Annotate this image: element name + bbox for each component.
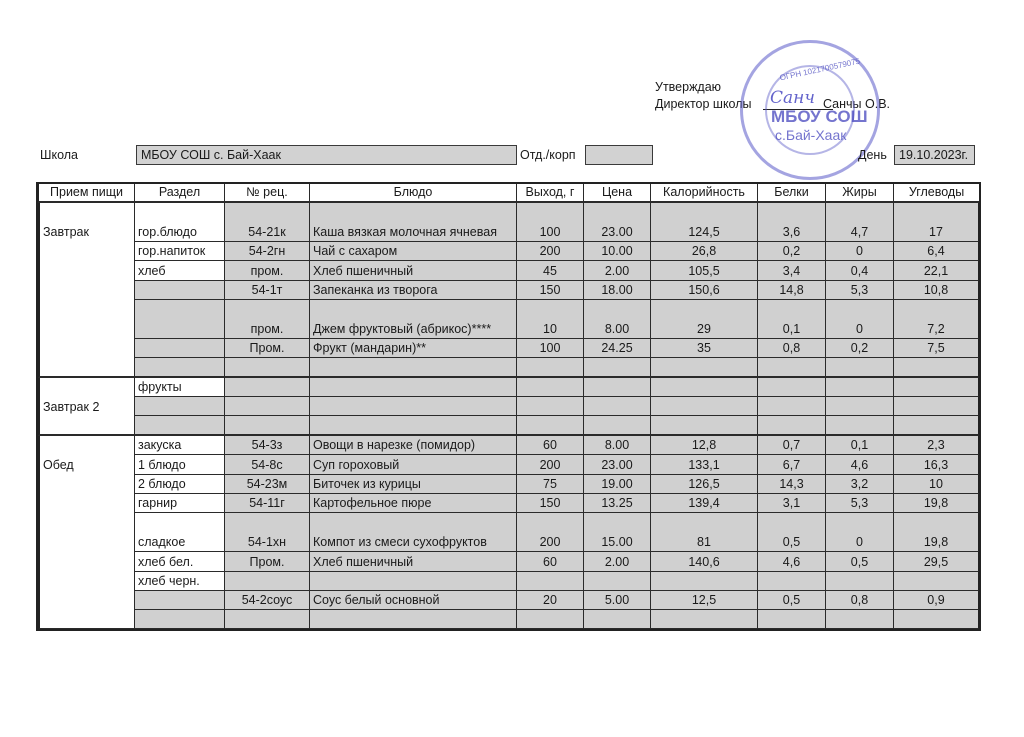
section-cell: [135, 339, 225, 358]
kcal-cell: [651, 397, 758, 416]
dish-cell: Биточек из курицы: [310, 475, 517, 494]
column-header: Раздел: [135, 183, 225, 203]
dish-cell: [310, 397, 517, 416]
protein-cell: [758, 610, 826, 629]
price-cell: 10.00: [584, 242, 651, 261]
yield-cell: 10: [517, 300, 584, 339]
section-cell: [135, 416, 225, 435]
carbs-cell: [894, 416, 980, 435]
fat-cell: 4,6: [826, 455, 894, 474]
section-cell: 2 блюдо: [135, 475, 225, 494]
dish-cell: Хлеб пшеничный: [310, 552, 517, 571]
yield-cell: 75: [517, 475, 584, 494]
carbs-cell: 7,5: [894, 339, 980, 358]
kcal-cell: 140,6: [651, 552, 758, 571]
recipe-cell: Пром.: [225, 552, 310, 571]
carbs-cell: 22,1: [894, 261, 980, 280]
yield-cell: [517, 572, 584, 591]
yield-cell: 100: [517, 203, 584, 242]
kcal-cell: 133,1: [651, 455, 758, 474]
dept-label: Отд./корп: [520, 148, 576, 162]
recipe-cell: [225, 378, 310, 397]
column-header: Цена: [584, 183, 651, 203]
recipe-cell: пром.: [225, 261, 310, 280]
protein-cell: 0,1: [758, 300, 826, 339]
price-cell: [584, 416, 651, 435]
price-cell: 8.00: [584, 300, 651, 339]
recipe-cell: Пром.: [225, 339, 310, 358]
approve-label: Утверждаю: [655, 80, 721, 94]
protein-cell: 0,5: [758, 591, 826, 610]
recipe-cell: [225, 358, 310, 377]
carbs-cell: 10,8: [894, 281, 980, 300]
column-header: № рец.: [225, 183, 310, 203]
protein-cell: [758, 358, 826, 377]
carbs-cell: 19,8: [894, 494, 980, 513]
recipe-cell: 54-1хн: [225, 513, 310, 552]
column-header: Прием пищи: [37, 183, 135, 203]
kcal-cell: 124,5: [651, 203, 758, 242]
price-cell: 19.00: [584, 475, 651, 494]
fat-cell: 5,3: [826, 281, 894, 300]
fat-cell: 0,1: [826, 436, 894, 455]
dish-cell: Компот из смеси сухофруктов: [310, 513, 517, 552]
yield-cell: 200: [517, 242, 584, 261]
recipe-cell: [225, 416, 310, 435]
carbs-cell: [894, 610, 980, 629]
meal-name: Завтрак 2: [37, 378, 135, 436]
price-cell: 2.00: [584, 261, 651, 280]
protein-cell: 0,2: [758, 242, 826, 261]
price-cell: [584, 378, 651, 397]
dish-cell: Каша вязкая молочная ячневая: [310, 203, 517, 242]
carbs-cell: 7,2: [894, 300, 980, 339]
protein-cell: 4,6: [758, 552, 826, 571]
dish-cell: Чай с сахаром: [310, 242, 517, 261]
director-name: Санчы О.В.: [823, 97, 890, 111]
protein-cell: [758, 416, 826, 435]
dish-cell: [310, 572, 517, 591]
price-cell: 15.00: [584, 513, 651, 552]
kcal-cell: 12,5: [651, 591, 758, 610]
dish-cell: [310, 358, 517, 377]
stamp-ring-text: ОГРН 1021700579075: [779, 57, 861, 83]
protein-cell: 3,6: [758, 203, 826, 242]
price-cell: [584, 610, 651, 629]
carbs-cell: [894, 397, 980, 416]
fat-cell: 4,7: [826, 203, 894, 242]
dish-cell: Суп гороховый: [310, 455, 517, 474]
recipe-cell: 54-2соус: [225, 591, 310, 610]
fat-cell: 0,8: [826, 591, 894, 610]
recipe-cell: 54-23м: [225, 475, 310, 494]
school-field[interactable]: МБОУ СОШ с. Бай-Хаак: [136, 145, 517, 165]
day-field[interactable]: 19.10.2023г.: [894, 145, 975, 165]
carbs-cell: 0,9: [894, 591, 980, 610]
fat-cell: 0,5: [826, 552, 894, 571]
dish-cell: Джем фруктовый (абрикос)****: [310, 300, 517, 339]
kcal-cell: [651, 610, 758, 629]
carbs-cell: [894, 358, 980, 377]
dish-cell: Запеканка из творога: [310, 281, 517, 300]
section-cell: [135, 610, 225, 629]
dish-cell: Фрукт (мандарин)**: [310, 339, 517, 358]
kcal-cell: [651, 416, 758, 435]
yield-cell: [517, 610, 584, 629]
yield-cell: [517, 397, 584, 416]
carbs-cell: 19,8: [894, 513, 980, 552]
dish-cell: Картофельное пюре: [310, 494, 517, 513]
school-label: Школа: [40, 148, 78, 162]
fat-cell: 0: [826, 242, 894, 261]
kcal-cell: 26,8: [651, 242, 758, 261]
yield-cell: 100: [517, 339, 584, 358]
carbs-cell: [894, 572, 980, 591]
kcal-cell: 12,8: [651, 436, 758, 455]
day-label: День: [858, 148, 887, 162]
yield-cell: 150: [517, 281, 584, 300]
dish-cell: Овощи в нарезке (помидор): [310, 436, 517, 455]
column-header: Белки: [758, 183, 826, 203]
fat-cell: [826, 397, 894, 416]
yield-cell: [517, 416, 584, 435]
section-cell: [135, 300, 225, 339]
carbs-cell: 6,4: [894, 242, 980, 261]
recipe-cell: 54-11г: [225, 494, 310, 513]
price-cell: 8.00: [584, 436, 651, 455]
section-cell: [135, 397, 225, 416]
fat-cell: [826, 572, 894, 591]
yield-cell: 150: [517, 494, 584, 513]
kcal-cell: 29: [651, 300, 758, 339]
fat-cell: 3,2: [826, 475, 894, 494]
price-cell: 23.00: [584, 455, 651, 474]
carbs-cell: 17: [894, 203, 980, 242]
recipe-cell: 54-1т: [225, 281, 310, 300]
protein-cell: 0,8: [758, 339, 826, 358]
kcal-cell: 81: [651, 513, 758, 552]
column-header: Блюдо: [310, 183, 517, 203]
price-cell: 24.25: [584, 339, 651, 358]
carbs-cell: 29,5: [894, 552, 980, 571]
price-cell: [584, 397, 651, 416]
fat-cell: [826, 610, 894, 629]
section-cell: сладкое: [135, 513, 225, 552]
yield-cell: 45: [517, 261, 584, 280]
yield-cell: 200: [517, 455, 584, 474]
yield-cell: 20: [517, 591, 584, 610]
carbs-cell: [894, 378, 980, 397]
protein-cell: 6,7: [758, 455, 826, 474]
protein-cell: [758, 378, 826, 397]
carbs-cell: 10: [894, 475, 980, 494]
price-cell: [584, 572, 651, 591]
meal-name: Завтрак: [37, 203, 135, 378]
fat-cell: 0: [826, 513, 894, 552]
signature: Санч: [770, 88, 815, 108]
protein-cell: 14,8: [758, 281, 826, 300]
yield-cell: [517, 378, 584, 397]
price-cell: 2.00: [584, 552, 651, 571]
yield-cell: 200: [517, 513, 584, 552]
fat-cell: [826, 416, 894, 435]
section-cell: фрукты: [135, 378, 225, 397]
section-cell: закуска: [135, 436, 225, 455]
dept-field[interactable]: [585, 145, 653, 165]
section-cell: хлеб бел.: [135, 552, 225, 571]
kcal-cell: 35: [651, 339, 758, 358]
dish-cell: [310, 610, 517, 629]
price-cell: [584, 358, 651, 377]
fat-cell: [826, 358, 894, 377]
section-cell: гарнир: [135, 494, 225, 513]
section-cell: [135, 281, 225, 300]
kcal-cell: 139,4: [651, 494, 758, 513]
yield-cell: 60: [517, 552, 584, 571]
kcal-cell: 126,5: [651, 475, 758, 494]
protein-cell: [758, 572, 826, 591]
director-label: Директор школы: [655, 97, 752, 111]
section-cell: гор.напиток: [135, 242, 225, 261]
kcal-cell: 150,6: [651, 281, 758, 300]
yield-cell: [517, 358, 584, 377]
stamp-locality: с.Бай-Хаак: [775, 127, 846, 143]
protein-cell: 3,1: [758, 494, 826, 513]
recipe-cell: пром.: [225, 300, 310, 339]
protein-cell: 14,3: [758, 475, 826, 494]
fat-cell: [826, 378, 894, 397]
column-header: Калорийность: [651, 183, 758, 203]
recipe-cell: 54-21к: [225, 203, 310, 242]
section-cell: [135, 358, 225, 377]
kcal-cell: [651, 378, 758, 397]
recipe-cell: 54-2гн: [225, 242, 310, 261]
price-cell: 13.25: [584, 494, 651, 513]
column-header: Выход, г: [517, 183, 584, 203]
recipe-cell: [225, 610, 310, 629]
fat-cell: 0: [826, 300, 894, 339]
protein-cell: [758, 397, 826, 416]
price-cell: 23.00: [584, 203, 651, 242]
kcal-cell: [651, 358, 758, 377]
section-cell: 1 блюдо: [135, 455, 225, 474]
column-header: Жиры: [826, 183, 894, 203]
column-header: Углеводы: [894, 183, 980, 203]
yield-cell: 60: [517, 436, 584, 455]
recipe-cell: [225, 397, 310, 416]
fat-cell: 5,3: [826, 494, 894, 513]
recipe-cell: 54-3з: [225, 436, 310, 455]
protein-cell: 0,7: [758, 436, 826, 455]
protein-cell: 3,4: [758, 261, 826, 280]
kcal-cell: 105,5: [651, 261, 758, 280]
dish-cell: Соус белый основной: [310, 591, 517, 610]
dish-cell: Хлеб пшеничный: [310, 261, 517, 280]
dish-cell: [310, 378, 517, 397]
carbs-cell: 2,3: [894, 436, 980, 455]
protein-cell: 0,5: [758, 513, 826, 552]
recipe-cell: [225, 572, 310, 591]
fat-cell: 0,2: [826, 339, 894, 358]
price-cell: 5.00: [584, 591, 651, 610]
dish-cell: [310, 416, 517, 435]
carbs-cell: 16,3: [894, 455, 980, 474]
section-cell: [135, 591, 225, 610]
section-cell: хлеб: [135, 261, 225, 280]
section-cell: хлеб черн.: [135, 572, 225, 591]
recipe-cell: 54-8с: [225, 455, 310, 474]
price-cell: 18.00: [584, 281, 651, 300]
meal-name: Обед: [37, 436, 135, 630]
section-cell: гор.блюдо: [135, 203, 225, 242]
kcal-cell: [651, 572, 758, 591]
fat-cell: 0,4: [826, 261, 894, 280]
